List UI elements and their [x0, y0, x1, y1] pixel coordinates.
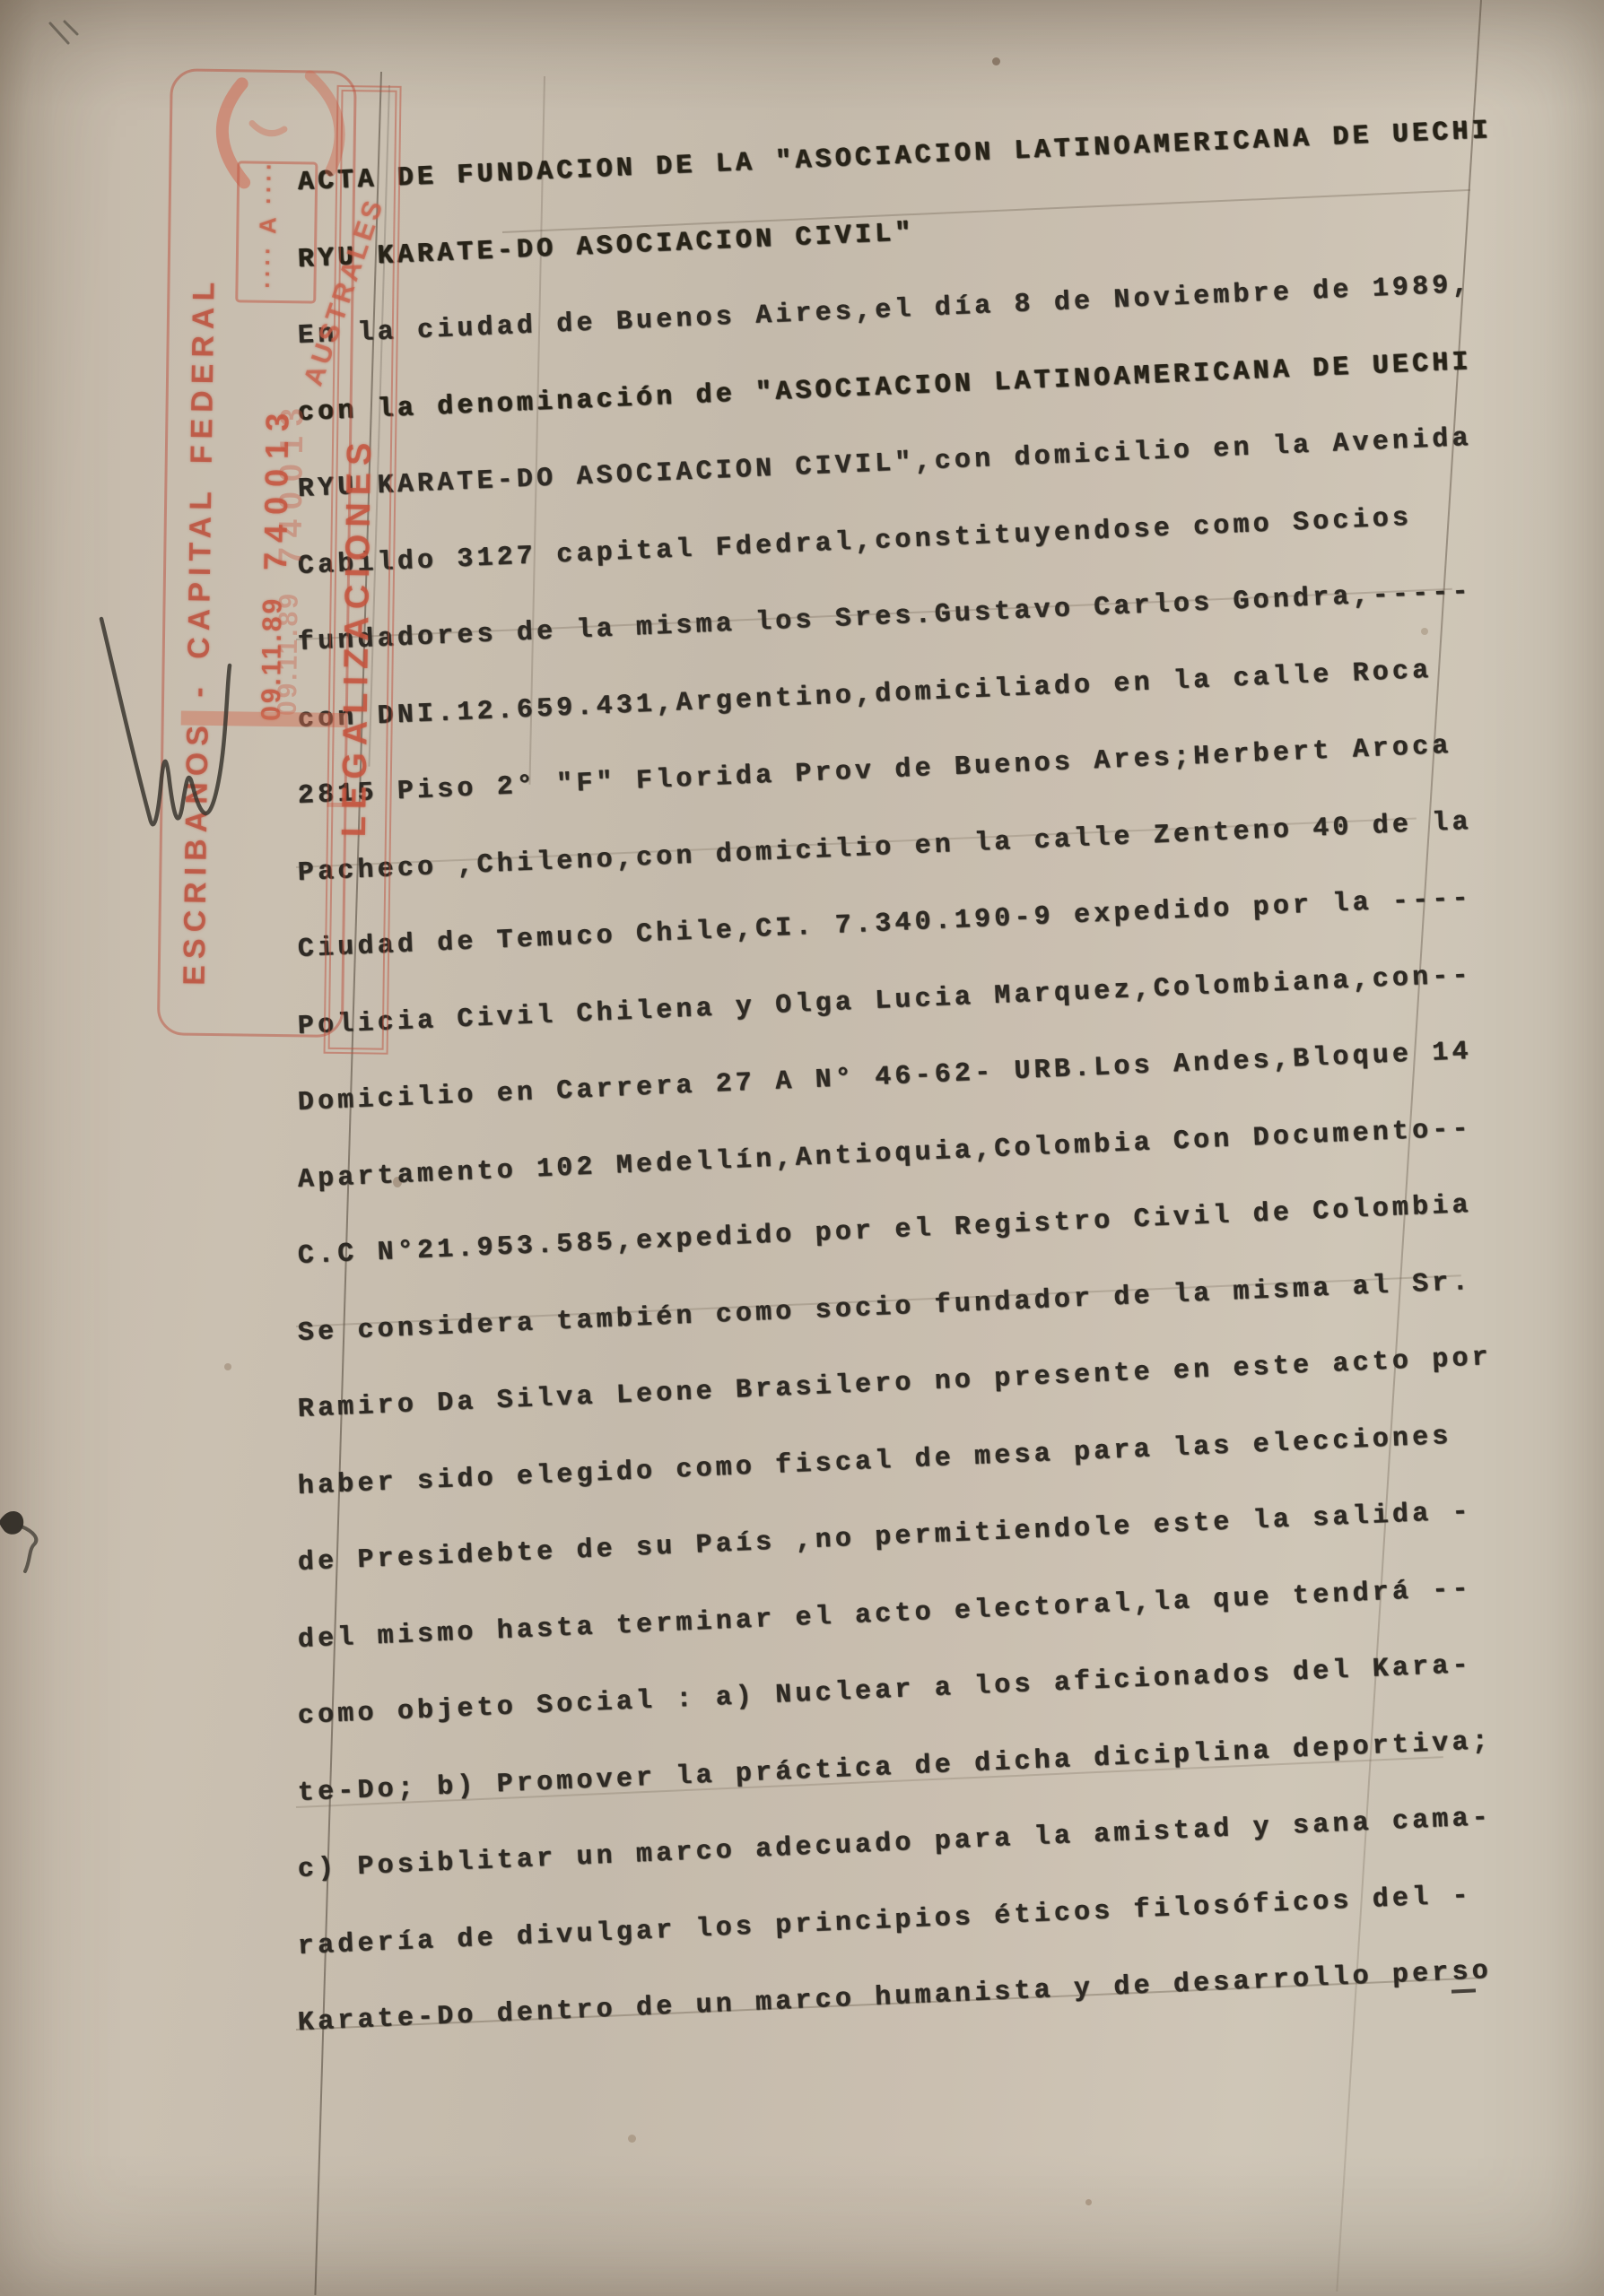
typewritten-line: En la ciudad de Buenos Aires,el día 8 de…: [297, 265, 1473, 356]
signature-mark: [81, 603, 260, 854]
typewritten-line: Policia Civil Chilena y Olga Lucia Marqu…: [297, 956, 1473, 1047]
typewritten-line: Ramiro Da Silva Leone Brasilero no prese…: [297, 1338, 1493, 1430]
typewritten-line: como objeto Social : a) Nuclear a los af…: [297, 1646, 1473, 1736]
corner-tick-mark: [43, 18, 97, 63]
typewritten-line: del mismo hasta terminar el acto elector…: [297, 1570, 1473, 1660]
stamp-serial-number-ghost: 740013: [271, 398, 311, 566]
typewritten-line: RYU KARATE-DO ASOCIACION CIVIL",con domi…: [297, 419, 1473, 509]
typewritten-line: de Presidebte de su País ,no permitiendo…: [297, 1492, 1473, 1583]
typewritten-line: Cabildo 3127 capital Fdedral,constituyen…: [297, 499, 1413, 587]
typewritten-line: 2815 Piso 2° "F" Florida Prov de Buenos …: [297, 726, 1452, 816]
stamp-date-ghost: 09.11.89: [273, 591, 305, 717]
typewritten-line: te-Do; b) Promover la práctica de dicha …: [297, 1722, 1493, 1813]
typewritten-line: Apartamento 102 Medellín,Antioquia,Colom…: [297, 1109, 1473, 1200]
typewritten-line: C.C N°21.953.585,expedido por el Registr…: [297, 1186, 1473, 1276]
meter-stamp: ESCRIBANOS - CAPITAL FEDERAL ···· A ····…: [145, 61, 411, 1087]
paper-fleck: [224, 1363, 231, 1370]
typewritten-line: con la denominación de "ASOCIACION LATIN…: [297, 343, 1473, 433]
typewritten-line: Domicilio en Carrera 27 A N° 46-62- URB.…: [297, 1032, 1473, 1123]
underline-mark: [1451, 1988, 1476, 1993]
typewritten-line: Pacheco ,Chileno,con domicilio en la cal…: [297, 803, 1473, 893]
paper-fleck: [628, 2135, 636, 2143]
typewritten-line: haber sido elegido como fiscal de mesa p…: [297, 1417, 1452, 1507]
typewritten-line: con DNI.12.659.431,Argentino,domiciliado…: [297, 651, 1433, 740]
ink-blot-mark: [0, 1496, 57, 1595]
paper-fleck: [1421, 628, 1428, 635]
typewritten-line: fundadores de la misma los Sres.Gustavo …: [297, 572, 1473, 663]
legalization-label: LEGALIZACIONES: [336, 435, 379, 837]
page: { "colors": { "paper": "#c7bcae", "ink":…: [0, 0, 1604, 2296]
typewritten-line: Karate-Do dentro de un marco humanista y…: [297, 1952, 1493, 2043]
typewritten-line: Se considera también como socio fundador…: [297, 1263, 1473, 1353]
typewritten-line: radería de divulgar los principios ético…: [297, 1876, 1473, 1967]
typewritten-line: c) Posiblitar un marco adecuado para la …: [297, 1798, 1493, 1890]
stamp-meter-value: ···· A ····: [253, 159, 283, 289]
typewritten-line: Ciudad de Temuco Chile,CI. 7.340.190-9 e…: [297, 879, 1473, 970]
typewritten-line: ACTA DE FUNDACION DE LA "ASOCIACION LATI…: [297, 111, 1493, 203]
paper-shading-bottom: [0, 2152, 1604, 2296]
